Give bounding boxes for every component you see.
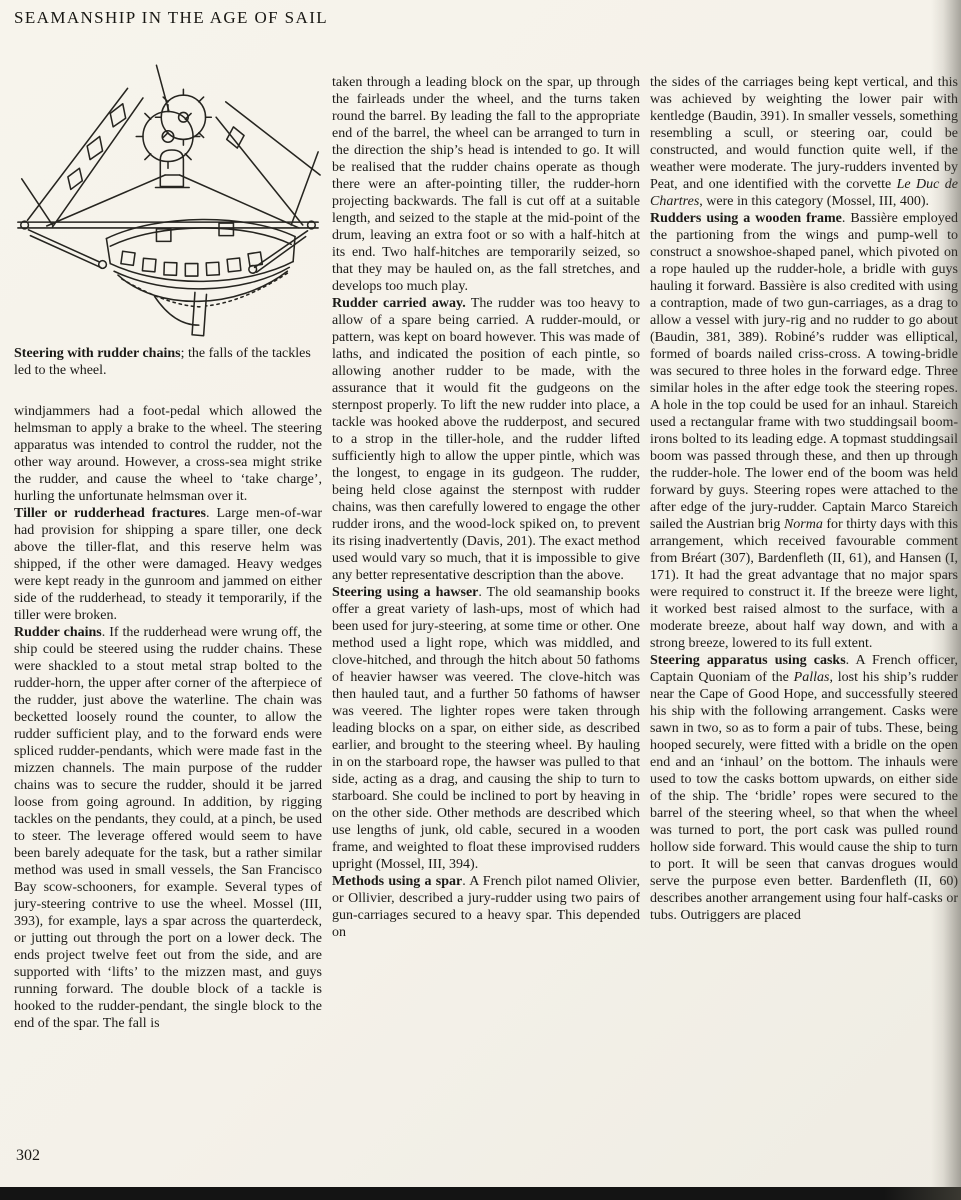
page-number: 302 xyxy=(16,1147,40,1165)
paragraph: Rudder carried away. The rudder was too … xyxy=(332,295,640,584)
figure-caption: Steering with rudder chains; the falls o… xyxy=(14,345,322,379)
paragraph: Steering apparatus using casks. A French… xyxy=(650,652,958,924)
text-run: . Large men-of-war had provision for shi… xyxy=(14,506,322,623)
scan-edge-bar xyxy=(0,1187,961,1200)
text-run: . The old seamanship books offer a great… xyxy=(332,585,640,872)
text-run: Rudder carried away. xyxy=(332,296,466,311)
text-column-3: the sides of the carriages being kept ve… xyxy=(650,74,958,1154)
text-run: , were in this category (Mossel, III, 40… xyxy=(699,194,929,209)
paragraph: Tiller or rudderhead fractures. Large me… xyxy=(14,505,322,624)
paragraph: taken through a leading block on the spa… xyxy=(332,74,640,295)
ship-stern-illustration xyxy=(14,62,322,339)
text-run: Steering with rudder chains xyxy=(14,346,181,361)
paragraph: windjammers had a foot-pedal which allow… xyxy=(14,403,322,505)
text-run: Rudder chains xyxy=(14,625,102,640)
paragraph: Methods using a spar. A French pilot nam… xyxy=(332,873,640,941)
text-run: Steering using a hawser xyxy=(332,585,478,600)
running-head: SEAMANSHIP IN THE AGE OF SAIL xyxy=(14,8,328,28)
text-run: Tiller or rudderhead fractures xyxy=(14,506,206,521)
text-run: the sides of the carriages being kept ve… xyxy=(650,75,958,192)
paragraph: Steering using a hawser. The old seamans… xyxy=(332,584,640,873)
text-run: . If the rudderhead were wrung off, the … xyxy=(14,625,322,1031)
text-run: , lost his ship’s rudder near the Cape o… xyxy=(650,670,958,923)
book-page: SEAMANSHIP IN THE AGE OF SAIL xyxy=(0,0,961,1200)
text-run: Methods using a spar xyxy=(332,874,462,889)
text-run: Steering apparatus using casks xyxy=(650,653,846,668)
paragraph: Rudders using a wooden frame. Bassière e… xyxy=(650,210,958,652)
figure-steering-with-rudder-chains xyxy=(14,62,322,343)
text-column-2: taken through a leading block on the spa… xyxy=(332,74,640,1154)
text-run: Pallas xyxy=(794,670,830,685)
text-run: The rudder was too heavy to allow of a s… xyxy=(332,296,640,583)
text-run: windjammers had a foot-pedal which allow… xyxy=(14,404,322,504)
text-column-1: windjammers had a foot-pedal which allow… xyxy=(14,403,322,1151)
text-run: for thirty days with this arrangement, w… xyxy=(650,517,958,651)
paragraph: the sides of the carriages being kept ve… xyxy=(650,74,958,210)
text-run: Norma xyxy=(784,517,823,532)
text-run: taken through a leading block on the spa… xyxy=(332,75,640,294)
text-run: . Bassière employed the partioning from … xyxy=(650,211,958,532)
text-run: Rudders using a wooden frame xyxy=(650,211,842,226)
paragraph: Rudder chains. If the rudderhead were wr… xyxy=(14,624,322,1032)
